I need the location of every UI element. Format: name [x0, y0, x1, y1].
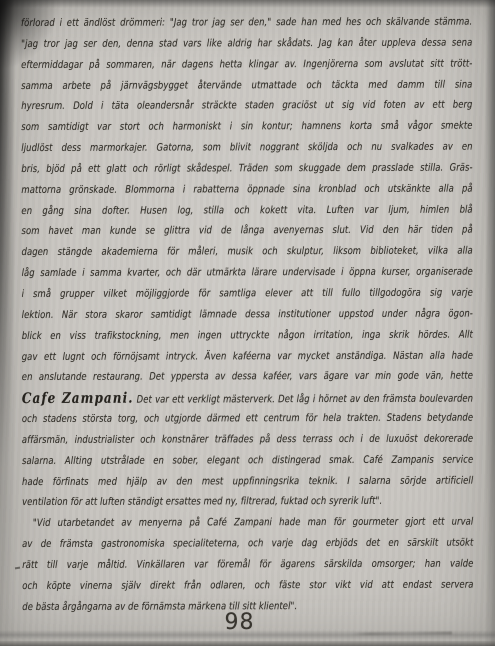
bottom-edge-shadow [0, 641, 495, 646]
text-line: affärsmän, industrialister och konstnäre… [22, 429, 473, 451]
handwritten-text-block: förlorad i ett ändlöst drömmeri: "Jag tr… [21, 13, 474, 619]
text-line: en anslutande restaurang. Det yppersta a… [22, 367, 473, 389]
text-line: "jag tror jag ser den, denna stad vars l… [21, 33, 472, 55]
right-edge-shadow [485, 0, 495, 646]
text-line: "Vid utarbetandet av menyerna på Café Za… [22, 513, 473, 535]
text-line: som samtidigt var stort och harmoniskt i… [21, 117, 472, 139]
text-line: och stadens största torg, och utgjorde d… [22, 409, 473, 431]
text-line: samma arbete på järnvägsbygget återvände… [21, 75, 472, 97]
text-line: salarna. Allting utstrålade en sober, el… [22, 450, 473, 472]
text-line: ljudlöst dess marmorkajer. Gatorna, som … [21, 138, 472, 160]
text-line: blick en viss trafikstockning, men ingen… [22, 325, 473, 347]
text-line: förlorad i ett ändlöst drömmeri: "Jag tr… [21, 13, 472, 35]
text-line: gav ett lugnt och förnöjsamt intryck. Äv… [22, 346, 473, 368]
text-line: ventilation för att luften ständigt ersa… [22, 492, 473, 514]
text-line: låg samlade i samma kvarter, och där utm… [22, 263, 473, 285]
text-line: som havet man kunde se glittra vid de lå… [21, 221, 472, 243]
text-line: och köpte vinerna själv direkt från odla… [22, 575, 473, 597]
cafe-zampani-script-text: Cafe Zampani. [22, 390, 134, 407]
left-edge-shadow [0, 0, 15, 646]
text-line: rätt till varje måltid. Vinkällaren var … [22, 555, 473, 577]
text-line: dagen stängde akademierna för måleri, mu… [21, 242, 472, 264]
text-line: eftermiddagar på sommaren, när dagens he… [21, 54, 472, 76]
text-line: i små grupper vilket möjliggjorde för sa… [22, 284, 473, 306]
scanned-page: förlorad i ett ändlöst drömmeri: "Jag tr… [0, 0, 495, 646]
top-left-corner-shadow [0, 0, 60, 70]
margin-mark [15, 567, 20, 570]
text-line: hyresrum. Dold i täta oleandersnår sträc… [21, 96, 472, 118]
text-line: bris, bjöd på ett glatt och rörligt skåd… [21, 158, 472, 180]
text-line-segment: Det var ett verkligt mästerverk. Det låg… [133, 394, 473, 406]
top-edge-shadow [0, 0, 495, 8]
text-line: lektion. När stora skaror samtidigt lämn… [22, 304, 473, 326]
text-line: en gång sina dofter. Husen log, stilla o… [21, 200, 472, 222]
text-line: hade förfinats med hjälp av den mest upp… [22, 471, 473, 493]
text-line: Cafe Zampani. Det var ett verkligt mäste… [22, 388, 473, 410]
text-line: av de främsta gastronomiska specialitete… [22, 534, 473, 556]
text-line: mattorna grönskade. Blommorna i rabatter… [21, 179, 472, 201]
bottom-crease-shadow [0, 630, 495, 639]
